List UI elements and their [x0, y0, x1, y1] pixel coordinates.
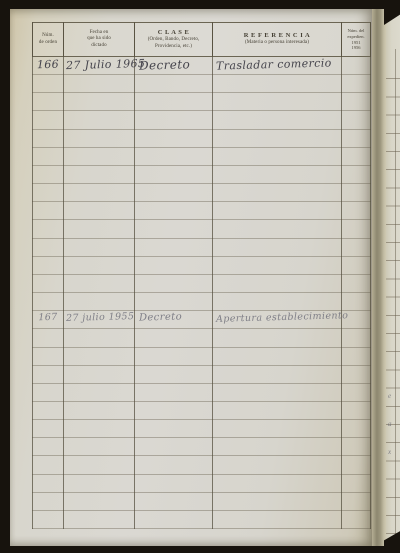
- scan-border-left: [0, 0, 10, 553]
- table-row: [32, 257, 371, 275]
- column-divider: [32, 22, 33, 529]
- table-row: [32, 329, 371, 347]
- table-row: [32, 111, 371, 129]
- table-row: [32, 456, 371, 474]
- column-header-referencia: R E F E R E N C I A (Materia o persona i…: [212, 23, 341, 56]
- next-page-column-line: [395, 49, 396, 541]
- column-header-fecha: Fecha en que ha sido dictado: [63, 23, 134, 56]
- table-row: [32, 275, 371, 293]
- entry-fecha: 27 Julio 1965: [66, 57, 146, 72]
- next-page-handwriting-mark: x: [388, 448, 391, 456]
- table-row: [32, 493, 371, 511]
- entry-clase: Decreto: [139, 312, 182, 324]
- table-row: [32, 75, 371, 93]
- table-row: [32, 93, 371, 111]
- header-subtitle: (Materia o persona interesada): [245, 40, 309, 46]
- entry-num: 166: [33, 58, 63, 72]
- table-header: Núm. de orden Fecha en que ha sido dicta…: [32, 22, 371, 57]
- table-row: [32, 166, 371, 184]
- column-divider: [370, 22, 371, 529]
- table-row: [32, 366, 371, 384]
- column-divider: [134, 22, 135, 529]
- header-label: de orden: [39, 40, 57, 46]
- scan-border-top: [0, 0, 400, 9]
- column-header-num: Núm. de orden: [32, 23, 63, 56]
- entry-clase: Decreto: [139, 57, 191, 72]
- table-row: [32, 220, 371, 238]
- next-page-sliver: eax: [386, 9, 400, 546]
- column-header-expediente: Núm. del expedien. 1951 1956: [341, 23, 371, 56]
- header-subtitle: Providencia, etc.): [155, 44, 192, 50]
- column-header-clase: C L A S E (Orden, Bando, Decreto, Provid…: [134, 23, 212, 56]
- table-row: [32, 202, 371, 220]
- registry-table: Núm. de orden Fecha en que ha sido dicta…: [32, 22, 371, 529]
- table-row: [32, 438, 371, 456]
- table-grid: [32, 57, 371, 529]
- next-page-handwriting-mark: e: [388, 392, 391, 400]
- header-title: R E F E R E N C I A: [244, 32, 311, 40]
- entry-fecha: 27 julio 1955: [66, 311, 135, 324]
- entry-num: 167: [33, 312, 63, 324]
- table-row: [32, 511, 371, 529]
- ledger-page: Núm. de orden Fecha en que ha sido dicta…: [10, 9, 372, 546]
- table-row: [32, 402, 371, 420]
- header-label: dictado: [91, 43, 106, 49]
- header-label: 1956: [352, 45, 361, 51]
- table-row: [32, 293, 371, 311]
- scanned-ledger-photo: Núm. de orden Fecha en que ha sido dicta…: [0, 0, 400, 553]
- column-divider: [212, 22, 213, 529]
- table-row: [32, 420, 371, 438]
- table-row: [32, 148, 371, 166]
- page-corner-shadow: [384, 9, 400, 25]
- table-row: [32, 184, 371, 202]
- table-row: [32, 348, 371, 366]
- table-row: [32, 475, 371, 493]
- column-divider: [341, 22, 342, 529]
- book-fold-edge: [372, 9, 386, 546]
- table-row: [32, 384, 371, 402]
- header-title: C L A S E: [158, 29, 190, 37]
- column-divider: [63, 22, 64, 529]
- next-page-ruled-lines: [386, 61, 400, 539]
- table-row: [32, 130, 371, 148]
- table-row: [32, 239, 371, 257]
- next-page-handwriting-mark: a: [388, 420, 392, 428]
- scan-border-bottom: [0, 546, 400, 553]
